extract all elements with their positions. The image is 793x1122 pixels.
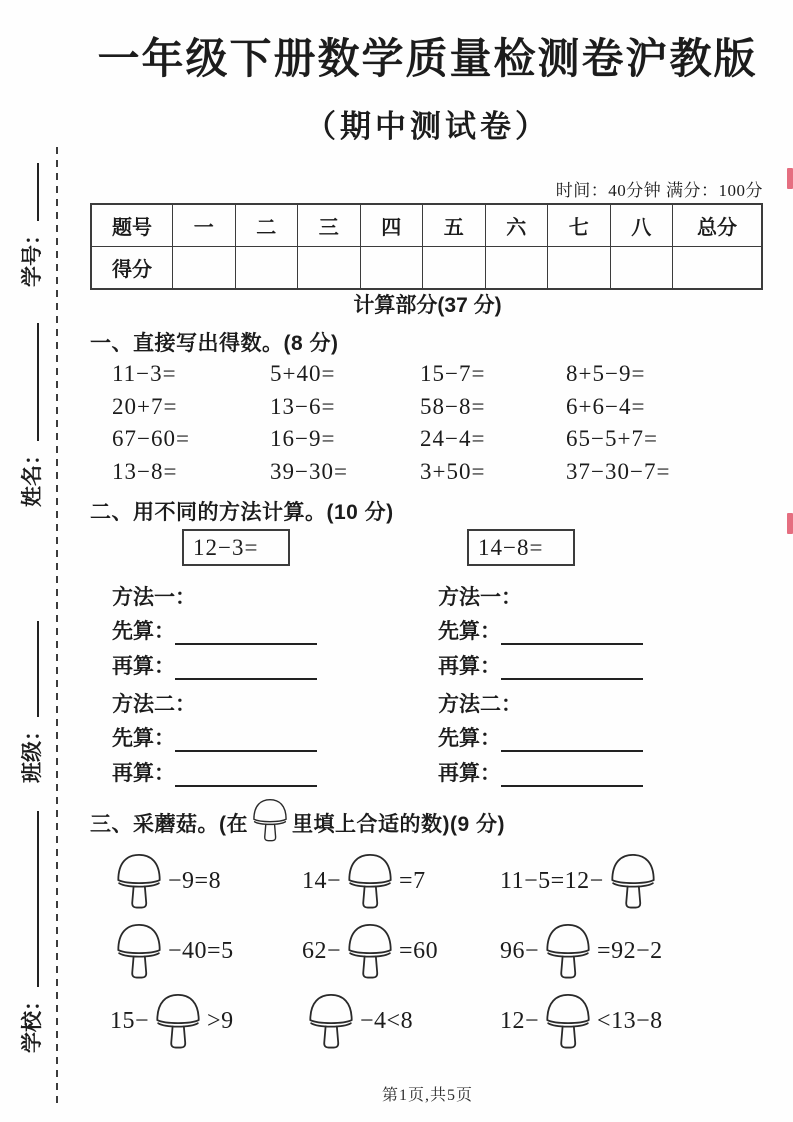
exam-time-score-meta: 时间：40分钟 满分：100分 (556, 176, 763, 201)
section3-heading-pre: 三、采蘑菇。(在 (90, 808, 248, 838)
mushroom-icon (249, 796, 291, 844)
mushroom-problem: −4<8 (302, 990, 500, 1052)
red-edge-mark (787, 168, 793, 189)
problem-post-text: =7 (399, 868, 426, 895)
score-table-header-row: 题号一二三四五六七八总分 (92, 205, 761, 246)
section3-heading-post: 里填上合适的数)(9 分) (292, 808, 505, 838)
problem-pre-text: 14− (302, 868, 341, 895)
score-table-header-cell: 总分 (672, 205, 761, 246)
score-table-header-cell: 五 (422, 205, 485, 246)
math-problem: 37−30−7= (566, 459, 765, 492)
answer-line (501, 649, 643, 680)
problem-pre-text: 11−5=12− (500, 868, 604, 895)
problem-text: 14−8= (478, 535, 543, 561)
method-column: 14−8=方法一：先算：再算：方法二：先算：再算： (438, 529, 764, 791)
score-table-header-cell: 二 (235, 205, 298, 246)
calc-label: 再算： (438, 649, 501, 684)
score-cell-empty (672, 247, 761, 288)
problem-box: 14−8= (467, 529, 575, 566)
mushroom-icon (541, 990, 595, 1052)
mushroom-icon (343, 920, 397, 982)
math-problem: 24−4= (420, 426, 566, 459)
problem-pre-text: 12− (500, 1008, 539, 1035)
problem-post-text: −9=8 (168, 868, 221, 895)
page-subtitle: （期中测试卷） (90, 101, 765, 146)
score-cell-empty (547, 247, 610, 288)
math-problem: 6+6−4= (566, 394, 765, 427)
answer-line (175, 649, 317, 680)
score-table-score-row: 得分 (92, 246, 761, 288)
mushroom-icon (304, 990, 358, 1052)
answer-line (175, 721, 317, 752)
problem-post-text: <13−8 (597, 1008, 663, 1035)
calc-row: 再算： (112, 756, 438, 791)
math-problem: 65−5+7= (566, 426, 765, 459)
score-table-header-cell: 三 (297, 205, 360, 246)
sidebar-field-label: 班级： (20, 720, 44, 783)
answer-line (175, 614, 317, 645)
score-table: 题号一二三四五六七八总分 得分 (90, 203, 763, 290)
sidebar-field: 班级： (16, 621, 46, 783)
calc-label: 再算： (438, 756, 501, 791)
score-table-header-cell: 七 (547, 205, 610, 246)
problem-post-text: =92−2 (597, 938, 663, 965)
section2-columns: 12−3=方法一：先算：再算：方法二：先算：再算：14−8=方法一：先算：再算：… (112, 529, 765, 791)
section3-heading-mushroom-slot (248, 796, 292, 850)
mushroom-icon (343, 850, 397, 912)
math-problem: 20+7= (112, 394, 270, 427)
math-problem: 39−30= (270, 459, 420, 492)
mushroom-problem: −40=5 (110, 920, 302, 982)
section2-heading: 二、用不同的方法计算。(10 分) (90, 496, 394, 526)
score-cell-empty (235, 247, 298, 288)
mushroom-icon (606, 850, 660, 912)
math-problem: 16−9= (270, 426, 420, 459)
sidebar-field-label: 学号： (20, 224, 44, 287)
math-problem: 13−8= (112, 459, 270, 492)
calc-label: 先算： (438, 614, 501, 649)
math-problem: 5+40= (270, 361, 420, 394)
mushroom-problem: −9=8 (110, 850, 302, 912)
problem-post-text: >9 (207, 1008, 234, 1035)
score-cell-empty (485, 247, 548, 288)
sidebar-field: 学号： (16, 163, 46, 287)
calc-row: 先算： (112, 614, 438, 649)
section3-problems: −9=814− =711−5=12− −40=562− =6096− =92−2… (110, 846, 765, 1056)
math-problem: 15−7= (420, 361, 566, 394)
score-row-label: 得分 (92, 247, 172, 288)
mushroom-problem: 12− <13−8 (500, 990, 765, 1052)
answer-line (501, 614, 643, 645)
calc-row: 先算： (438, 721, 764, 756)
math-problem: 8+5−9= (566, 361, 765, 394)
mushroom-problem: 14− =7 (302, 850, 500, 912)
score-table-header-cell: 四 (360, 205, 423, 246)
mushroom-icon (112, 920, 166, 982)
problem-pre-text: 96− (500, 938, 539, 965)
score-table-header-cell: 六 (485, 205, 548, 246)
write-in-line (22, 323, 39, 441)
exam-content: 一年级下册数学质量检测卷沪教版 （期中测试卷） 时间：40分钟 满分：100分 … (90, 0, 765, 1122)
section1-problems: 11−3=5+40=15−7=8+5−9=20+7=13−6=58−8=6+6−… (112, 361, 765, 491)
sidebar-field-label: 姓名： (20, 444, 44, 507)
section3-heading: 三、采蘑菇。(在 里填上合适的数)(9 分) (90, 796, 505, 850)
calc-row: 先算： (438, 614, 764, 649)
page-title: 一年级下册数学质量检测卷沪教版 (90, 26, 765, 86)
red-edge-mark (787, 513, 793, 534)
score-cell-empty (360, 247, 423, 288)
score-cell-empty (172, 247, 235, 288)
score-table-header-cell: 一 (172, 205, 235, 246)
mushroom-icon (541, 920, 595, 982)
score-table-header-cell: 题号 (92, 205, 172, 246)
calc-label: 先算： (112, 614, 175, 649)
part-title: 计算部分(37 分) (90, 289, 765, 319)
mushroom-icon (151, 990, 205, 1052)
score-table-header-cell: 八 (610, 205, 673, 246)
answer-line (501, 756, 643, 787)
problem-box: 12−3= (182, 529, 290, 566)
write-in-line (22, 621, 39, 717)
math-problem: 58−8= (420, 394, 566, 427)
write-in-line (22, 811, 39, 987)
mushroom-problem: 11−5=12− (500, 850, 765, 912)
problem-post-text: −40=5 (168, 938, 234, 965)
math-problem: 13−6= (270, 394, 420, 427)
calc-row: 再算： (438, 649, 764, 684)
sidebar-dashed-divider (56, 147, 58, 1105)
sidebar-field: 姓名： (16, 323, 46, 507)
score-cell-empty (297, 247, 360, 288)
calc-label: 先算： (438, 721, 501, 756)
calc-row: 再算： (112, 649, 438, 684)
answer-line (501, 721, 643, 752)
sidebar-field: 学校： (16, 811, 46, 1053)
math-problem: 11−3= (112, 361, 270, 394)
exam-page: 学号：姓名：班级：学校： 一年级下册数学质量检测卷沪教版 （期中测试卷） 时间：… (0, 0, 793, 1122)
score-cell-empty (610, 247, 673, 288)
score-cell-empty (422, 247, 485, 288)
math-problem: 67−60= (112, 426, 270, 459)
method-label: 方法一： (112, 581, 438, 614)
problem-pre-text: 15− (110, 1008, 149, 1035)
calc-label: 再算： (112, 756, 175, 791)
method-column: 12−3=方法一：先算：再算：方法二：先算：再算： (112, 529, 438, 791)
sidebar-field-label: 学校： (20, 990, 44, 1053)
mushroom-problem: 96− =92−2 (500, 920, 765, 982)
mushroom-problem: 15− >9 (110, 990, 302, 1052)
problem-post-text: =60 (399, 938, 438, 965)
problem-post-text: −4<8 (360, 1008, 413, 1035)
answer-line (175, 756, 317, 787)
method-label: 方法二： (112, 688, 438, 721)
calc-label: 先算： (112, 721, 175, 756)
problem-pre-text: 62− (302, 938, 341, 965)
math-problem: 3+50= (420, 459, 566, 492)
calc-row: 先算： (112, 721, 438, 756)
page-footer: 第1页,共5页 (90, 1082, 765, 1105)
problem-text: 12−3= (193, 535, 258, 561)
method-label: 方法一： (438, 581, 764, 614)
section1-heading: 一、直接写出得数。(8 分) (90, 327, 339, 357)
calc-label: 再算： (112, 649, 175, 684)
calc-row: 再算： (438, 756, 764, 791)
mushroom-problem: 62− =60 (302, 920, 500, 982)
write-in-line (22, 163, 39, 221)
method-label: 方法二： (438, 688, 764, 721)
mushroom-icon (112, 850, 166, 912)
